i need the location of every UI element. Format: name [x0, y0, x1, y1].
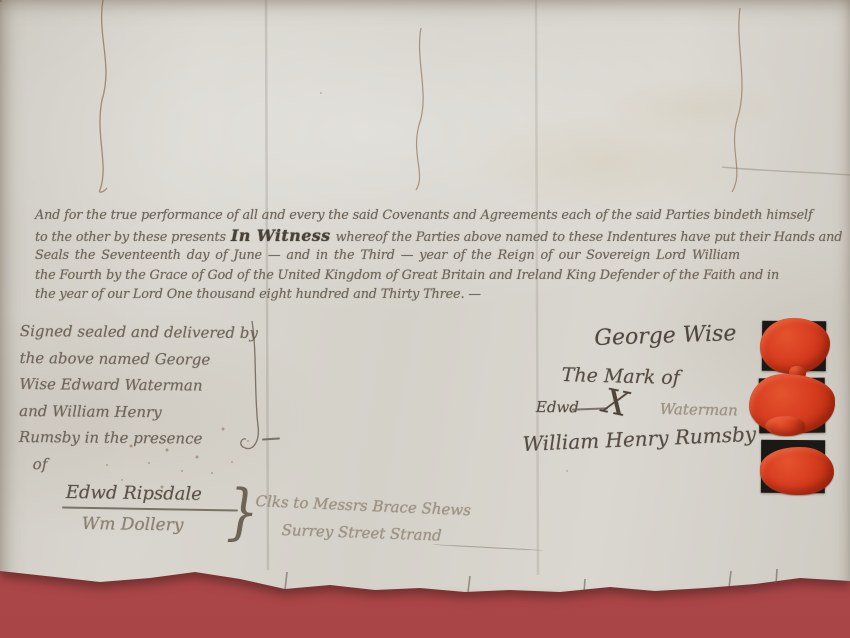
seal-backing-3 — [761, 440, 825, 493]
bottom-edge-fold-marks — [285, 569, 777, 593]
horizontal-crease-right — [722, 167, 850, 175]
covenant-line-1: And for the true performance of all and … — [35, 206, 841, 226]
covenant-line-2: to the other by these presentsIn Witness… — [35, 226, 841, 248]
seal-backing-1 — [762, 321, 826, 372]
parchment-shadow-wrap: And for the true performance of all and … — [0, 0, 850, 638]
attestation-line-6: of — [33, 451, 257, 479]
witness-brace: } — [226, 477, 258, 547]
mark-name-waterman: Waterman — [660, 400, 738, 419]
attestation-line-3: Wise Edward Waterman — [19, 371, 257, 400]
wavy-crease-left — [100, 0, 107, 192]
covenant-line-3: Seals the Seventeenth day of June — and … — [35, 246, 841, 266]
attestation-line-5: Rumsby in the presence — [19, 424, 257, 453]
witness-signature-ripsdale: Edwd Ripsdale — [66, 482, 202, 505]
attestation-line-1: Signed sealed and delivered by — [20, 318, 258, 347]
wax-seal-2-lobe — [765, 416, 805, 436]
wavy-crease-right — [732, 8, 742, 192]
ink-speckles — [0, 0, 2, 2]
covenant-line-5: the year of our Lord One thousand eight … — [35, 285, 841, 305]
wax-seal-3 — [760, 447, 834, 496]
attestation-clause: Signed sealed and delivered by the above… — [19, 318, 258, 479]
signature-george-wise: George Wise — [594, 321, 737, 351]
wavy-crease-center — [416, 28, 423, 190]
seal-backing-2 — [759, 378, 826, 434]
attestation-line-2: the above named George — [20, 344, 258, 373]
covenant-line-4: the Fourth by the Grace of God of the Un… — [35, 266, 841, 286]
covenant-line-2-end: whereof the Parties above named to these… — [336, 230, 843, 245]
in-witness-blackletter: In Witness — [226, 226, 336, 245]
parchment-document: And for the true performance of all and … — [0, 0, 850, 600]
mark-name-edwd: Edwd — [536, 398, 579, 416]
photograph-background: And for the true performance of all and … — [0, 0, 850, 638]
witness-signature-dollery: Wm Dollery — [82, 514, 184, 535]
attestation-line-4: and William Henry — [19, 397, 257, 426]
covenant-line-2-start: to the other by these presents — [35, 230, 226, 245]
